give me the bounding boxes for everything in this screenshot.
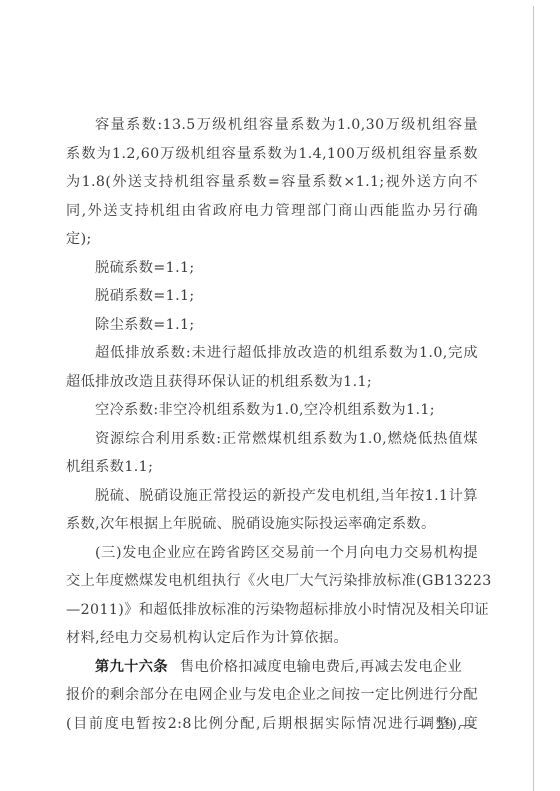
text-line: 除尘系数=1.1; <box>66 311 478 340</box>
line-text: 除尘系数=1.1; <box>95 317 195 333</box>
line-text: 脱硫、脱硝设施正常投运的新投产发电机组,当年按1.1计算 <box>95 488 478 504</box>
page-number: — 29 — <box>405 718 485 733</box>
text-line: 脱硫系数=1.1; <box>66 254 478 283</box>
line-text: 定); <box>66 231 92 247</box>
text-line: 报价的剩余部分在电网企业与发电企业之间按一定比例进行分配 <box>66 681 478 710</box>
line-text: 材料,经电力交易机构认定后作为计算依据。 <box>66 630 348 646</box>
line-text: 容量系数:13.5万级机组容量系数为1.0,30万级机组容量 <box>95 117 478 133</box>
line-text: —2011)》和超低排放标准的污染物超标排放小时情况及相关印证 <box>66 602 489 618</box>
text-line: 为1.8(外送支持机组容量系数=容量系数×1.1;视外送方向不 <box>66 168 478 197</box>
text-line: 超低排放改造且获得环保认证的机组系数为1.1; <box>66 368 478 397</box>
document-body: 容量系数:13.5万级机组容量系数为1.0,30万级机组容量 系数为1.2,60… <box>66 111 478 738</box>
line-text: 机组系数1.1; <box>66 459 153 475</box>
text-line: 脱硫、脱硝设施正常投运的新投产发电机组,当年按1.1计算 <box>66 482 478 511</box>
line-text: 系数,次年根据上年脱硫、脱硝设施实际投运率确定系数。 <box>66 516 436 532</box>
text-line: 交上年度燃煤发电机组执行《火电厂大气污染排放标准(GB13223 <box>66 567 478 596</box>
text-line: 资源综合利用系数:正常燃煤机组系数为1.0,燃烧低热值煤 <box>66 425 478 454</box>
line-text: 资源综合利用系数:正常燃煤机组系数为1.0,燃烧低热值煤 <box>95 431 478 447</box>
text-line: 机组系数1.1; <box>66 453 478 482</box>
text-line: 空冷系数:非空冷机组系数为1.0,空冷机组系数为1.1; <box>66 396 478 425</box>
text-line: 同,外送支持机组由省政府电力管理部门商山西能监办另行确 <box>66 197 478 226</box>
document-page: 容量系数:13.5万级机组容量系数为1.0,30万级机组容量 系数为1.2,60… <box>0 0 560 791</box>
text-line: 材料,经电力交易机构认定后作为计算依据。 <box>66 624 478 653</box>
text-line: 系数为1.2,60万级机组容量系数为1.4,100万级机组容量系数 <box>66 140 478 169</box>
line-text: 超低排放改造且获得环保认证的机组系数为1.1; <box>66 374 372 390</box>
line-text: 空冷系数:非空冷机组系数为1.0,空冷机组系数为1.1; <box>95 402 435 418</box>
line-text: 交上年度燃煤发电机组执行《火电厂大气污染排放标准(GB13223 <box>66 573 492 589</box>
text-line: 系数,次年根据上年脱硫、脱硝设施实际投运率确定系数。 <box>66 510 478 539</box>
line-text: 同,外送支持机组由省政府电力管理部门商山西能监办另行确 <box>66 203 478 219</box>
line-text: 报价的剩余部分在电网企业与发电企业之间按一定比例进行分配 <box>66 687 478 703</box>
article-number: 第九十六条 <box>95 659 168 675</box>
page-edge-divider <box>533 6 534 791</box>
line-text: 系数为1.2,60万级机组容量系数为1.4,100万级机组容量系数 <box>66 146 478 162</box>
text-line: —2011)》和超低排放标准的污染物超标排放小时情况及相关印证 <box>66 596 478 625</box>
line-text: 为1.8(外送支持机组容量系数=容量系数×1.1;视外送方向不 <box>66 174 478 190</box>
line-text: (三)发电企业应在跨省跨区交易前一个月向电力交易机构提 <box>95 545 478 561</box>
text-line: 超低排放系数:未进行超低排放改造的机组系数为1.0,完成 <box>66 339 478 368</box>
text-line: (三)发电企业应在跨省跨区交易前一个月向电力交易机构提 <box>66 539 478 568</box>
text-line: 定); <box>66 225 478 254</box>
text-line: 容量系数:13.5万级机组容量系数为1.0,30万级机组容量 <box>66 111 478 140</box>
line-text: 脱硫系数=1.1; <box>95 260 195 276</box>
article-heading-line: 第九十六条售电价格扣减度电输电费后,再减去发电企业 <box>66 653 478 682</box>
line-text: 售电价格扣减度电输电费后,再减去发电企业 <box>180 659 462 675</box>
text-line: 脱硝系数=1.1; <box>66 282 478 311</box>
line-text: 超低排放系数:未进行超低排放改造的机组系数为1.0,完成 <box>95 345 478 361</box>
line-text: 脱硝系数=1.1; <box>95 288 195 304</box>
